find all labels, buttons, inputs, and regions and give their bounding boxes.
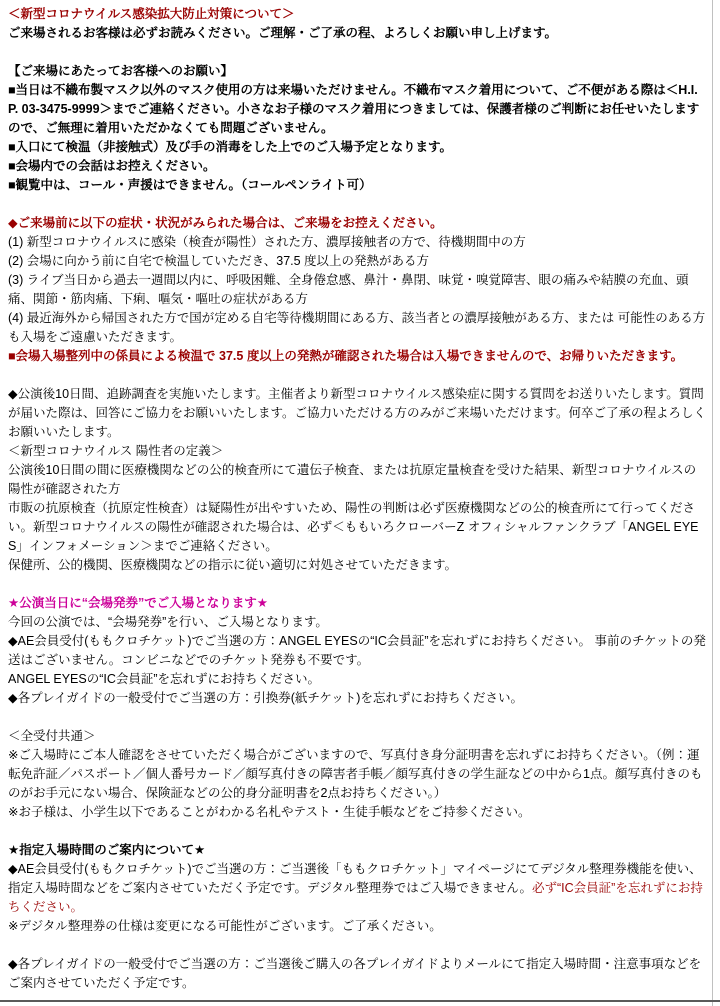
visitor-request-heading: 【ご来場にあたってお客様へのお願い】 [8,62,706,81]
document-body: ＜新型コロナウイルス感染拡大防止対策について＞ご来場されるお客様は必ずお読みくだ… [0,0,720,998]
symptom-item-2: (2) 会場に向かう前に自宅で検温していただき、37.5 度以上の発熱がある方 [8,252,706,271]
positive-definition-heading: ＜新型コロナウイルス 陽性者の定義＞ [8,442,706,461]
text-segment: ＜新型コロナウイルス感染拡大防止対策について＞ [8,7,295,21]
playguide-entry-time-para: ◆各プレイガイドの一般受付でご当選の方：ご当選後ご購入の各プレイガイドよりメール… [8,955,706,993]
text-segment: ◆ご来場前に以下の症状・状況がみられた場合は、ご来場をお控えください。 [8,216,443,230]
spacer [8,708,706,727]
symptom-item-4: (4) 最近海外から帰国された方で国が定める自宅等待機期間にある方、該当者との濃… [8,309,706,347]
spacer [8,366,706,385]
text-segment: ■当日は不織布製マスク以外のマスク使用の方は来場いただけません。不織布マスク着用… [8,83,699,135]
text-segment: 保健所、公的機関、医療機関などの指示に従い適切に対処させていただきます。 [8,558,457,572]
notice-document-page: ＜新型コロナウイルス感染拡大防止対策について＞ご来場されるお客様は必ずお読みくだ… [0,0,720,1006]
page-bottom-rule [0,1000,720,1002]
ic-card-reminder: ANGEL EYESの“IC会員証”を忘れずにお持ちください。 [8,670,706,689]
entry-time-heading: ★指定入場時間のご案内について★ [8,841,706,860]
spacer [8,195,706,214]
follow-up-survey-para: ◆公演後10日間、追跡調査を実施いたします。主催者より新型コロナウイルス感染症に… [8,385,706,442]
temperature-check-item: ■入口にて検温（非接触式）及び手の消毒をした上でのご入場予定となります。 [8,138,706,157]
venue-ticketing-heading: ★公演当日に“会場発券”でご入場となります★ [8,594,706,613]
spacer [8,575,706,594]
symptom-item-1: (1) 新型コロナウイルスに感染（検査が陽性）された方、濃厚接触者の方で、待機期… [8,233,706,252]
text-segment: (2) 会場に向かう前に自宅で検温していただき、37.5 度以上の発熱がある方 [8,254,429,268]
text-segment: ★公演当日に“会場発券”でご入場となります★ [8,596,268,610]
text-segment: ANGEL EYESの“IC会員証”を忘れずにお持ちください。 [8,672,320,686]
text-segment: ■入口にて検温（非接触式）及び手の消毒をした上でのご入場予定となります。 [8,140,452,154]
fever-refusal-notice: ■会場入場整列中の係員による検温で 37.5 度以上の発熱が確認された場合は入場… [8,347,706,366]
symptom-warning-heading: ◆ご来場前に以下の症状・状況がみられた場合は、ご来場をお控えください。 [8,214,706,233]
text-segment: ※お子様は、小学生以下であることがわかる名札やテスト・生徒手帳などをご持参くださ… [8,805,530,819]
text-segment: 【ご来場にあたってお客様へのお願い】 [8,64,233,78]
text-segment: ◆AE会員受付(ももクロチケット)でご当選の方：ANGEL EYESの“IC会員… [8,634,706,667]
text-segment: ■会場入場整列中の係員による検温で 37.5 度以上の発熱が確認された場合は入場… [8,349,683,363]
text-segment: ※ご入場時にご本人確認をさせていただく場合がございますので、写真付き身分証明書を… [8,748,702,800]
text-segment: ■観覧中は、コール・声援はできません。（コールペンライト可） [8,178,372,192]
mask-rule-item: ■当日は不織布製マスク以外のマスク使用の方は来場いただけません。不織布マスク着用… [8,81,706,138]
no-talking-item: ■会場内での会話はお控えください。 [8,157,706,176]
spacer [8,43,706,62]
text-segment: ◆各プレイガイドの一般受付でご当選の方：ご当選後ご購入の各プレイガイドよりメール… [8,957,701,990]
text-segment: 公演後10日間の間に医療機関などの公的検査所にて遺伝子検査、または抗原定量検査を… [8,463,696,496]
text-segment: ★指定入場時間のご案内について★ [8,843,205,857]
symptom-item-3: (3) ライブ当日から過去一週間以内に、呼吸困難、全身倦怠感、鼻汁・鼻閉、味覚・… [8,271,706,309]
covid-notice-title: ＜新型コロナウイルス感染拡大防止対策について＞ [8,5,706,24]
text-segment: (4) 最近海外から帰国された方で国が定める自宅等待機期間にある方、該当者との濃… [8,311,705,344]
all-reception-heading: ＜全受付共通＞ [8,727,706,746]
text-segment: (3) ライブ当日から過去一週間以内に、呼吸困難、全身倦怠感、鼻汁・鼻閉、味覚・… [8,273,689,306]
lead-text: ご来場されるお客様は必ずお読みください。ご理解・ご了承の程、よろしくお願い申し上… [8,24,706,43]
text-segment: ◆公演後10日間、追跡調査を実施いたします。主催者より新型コロナウイルス感染症に… [8,387,706,439]
ae-member-entry-time-para: ◆AE会員受付(ももクロチケット)でご当選の方：ご当選後「ももクロチケット」マイ… [8,860,706,917]
antigen-test-para: 市販の抗原検査（抗原定性検査）は疑陽性が出やすいため、陽性の判断は必ず医療機関な… [8,499,706,556]
text-segment: ＜全受付共通＞ [8,729,96,743]
spacer [8,936,706,955]
venue-ticketing-lead: 今回の公演では、“会場発券”を行い、ご入場となります。 [8,613,706,632]
playguide-ticketing-para: ◆各プレイガイドの一般受付でご当選の方：引換券(紙チケット)を忘れずにお持ちくだ… [8,689,706,708]
positive-definition-para: 公演後10日間の間に医療機関などの公的検査所にて遺伝子検査、または抗原定量検査を… [8,461,706,499]
text-segment: ＜新型コロナウイルス 陽性者の定義＞ [8,444,223,458]
page-edge-right [712,0,713,1006]
text-segment: (1) 新型コロナウイルスに感染（検査が陽性）された方、濃厚接触者の方で、待機期… [8,235,526,249]
text-segment: 市販の抗原検査（抗原定性検査）は疑陽性が出やすいため、陽性の判断は必ず医療機関な… [8,501,699,553]
children-id-para: ※お子様は、小学生以下であることがわかる名札やテスト・生徒手帳などをご持参くださ… [8,803,706,822]
no-cheering-item: ■観覧中は、コール・声援はできません。（コールペンライト可） [8,176,706,195]
ae-member-ticketing-para: ◆AE会員受付(ももクロチケット)でご当選の方：ANGEL EYESの“IC会員… [8,632,706,670]
id-check-para: ※ご入場時にご本人確認をさせていただく場合がございますので、写真付き身分証明書を… [8,746,706,803]
text-segment: ■会場内での会話はお控えください。 [8,159,216,173]
text-segment: ご来場されるお客様は必ずお読みください。ご理解・ご了承の程、よろしくお願い申し上… [8,26,557,40]
digital-ticket-note: ※デジタル整理券の仕様は変更になる可能性がございます。ご了承ください。 [8,917,706,936]
authority-compliance-para: 保健所、公的機関、医療機関などの指示に従い適切に対処させていただきます。 [8,556,706,575]
text-segment: ◆各プレイガイドの一般受付でご当選の方：引換券(紙チケット)を忘れずにお持ちくだ… [8,691,523,705]
text-segment: ※デジタル整理券の仕様は変更になる可能性がございます。ご了承ください。 [8,919,442,933]
text-segment: 今回の公演では、“会場発券”を行い、ご入場となります。 [8,615,328,629]
spacer [8,822,706,841]
